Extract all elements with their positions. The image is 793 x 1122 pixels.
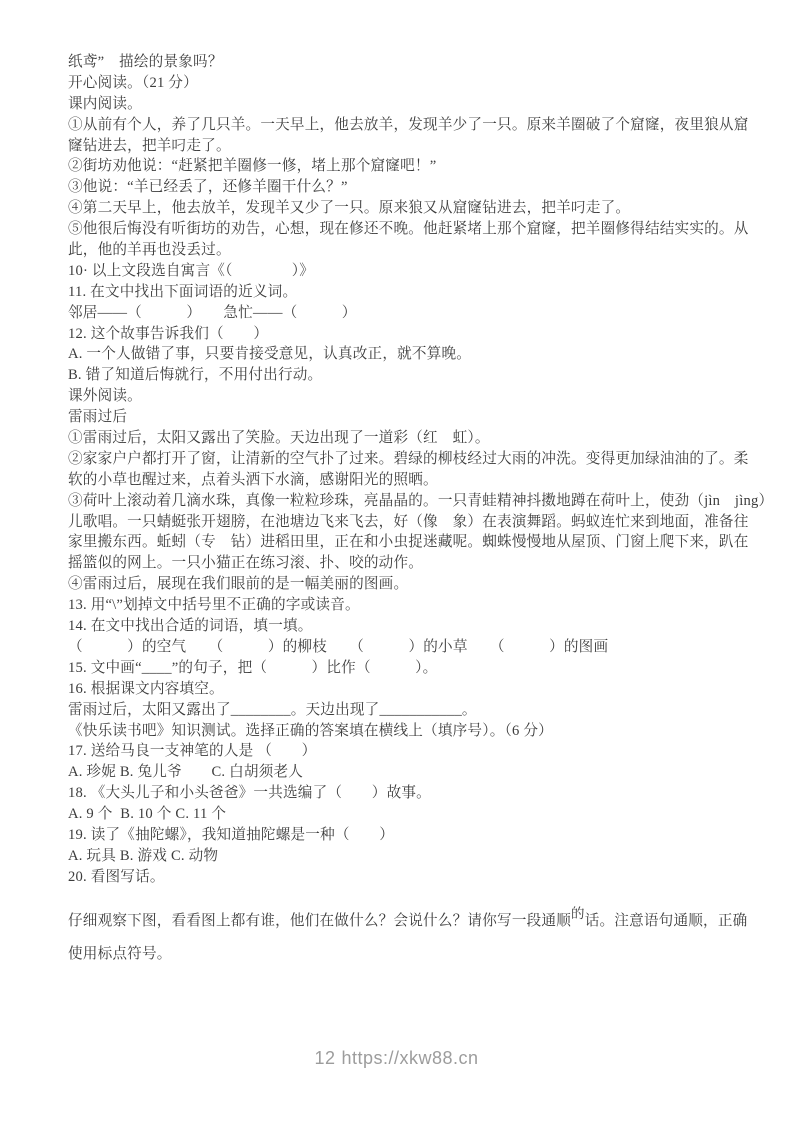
question-15: 15. 文中画“____”的句子，把（ ）比作（ ）。 [68, 658, 740, 679]
writing-prompt-raised-char: 的 [571, 906, 585, 921]
footer-url: https://xkw88.cn [341, 1048, 478, 1068]
question-14-blanks: （ ）的空气 （ ）的柳枝 （ ）的小草 （ ）的图画 [68, 637, 740, 658]
question-20: 20. 看图写话。 [68, 867, 740, 888]
passage-sheep-pen-line-4: ③他说：“羊已经丢了，还修羊圈干什么？” [68, 177, 740, 198]
passage-thunderstorm-title: 雷雨过后 [68, 407, 740, 428]
passage-thunderstorm-line-5: 儿歌唱。一只蜻蜓张开翅膀，在池塘边飞来飞去，好（像 象）在表演舞蹈。蚂蚁连忙来到… [68, 512, 740, 533]
question-16-blanks: 雷雨过后，太阳又露出了________。天边出现了___________。 [68, 700, 740, 721]
passage-thunderstorm-line-2: ②家家户户都打开了窗，让清新的空气扑了过来。碧绿的柳枝经过大雨的冲洗。变得更加绿… [68, 449, 740, 470]
writing-prompt-text-2: 话。注意语句通顺，正确 [585, 913, 748, 929]
question-19: 19. 读了《抽陀螺》，我知道抽陀螺是一种（ ） [68, 825, 740, 846]
question-18: 18. 《大头儿子和小头爸爸》一共选编了（ ）故事。 [68, 783, 740, 804]
writing-prompt: 仔细观察下图，看看图上都有谁，他们在做什么？会说什么？请你写一段通顺的话。注意语… [68, 904, 740, 971]
question-14: 14. 在文中找出合适的词语，填一填。 [68, 616, 740, 637]
question-17: 17. 送给马良一支神笔的人是 （ ） [68, 741, 740, 762]
writing-prompt-text-1: 仔细观察下图，看看图上都有谁，他们在做什么？会说什么？请你写一段通顺 [68, 913, 571, 929]
question-12: 12. 这个故事告诉我们（ ） [68, 324, 740, 345]
question-11-blanks: 邻居——（ ） 急忙——（ ） [68, 303, 740, 324]
exam-content: 纸鸢” 描绘的景象吗？ 开心阅读。（21 分） 课内阅读。 ①从前有个人，养了几… [68, 52, 740, 971]
passage-sheep-pen-line-1: ①从前有个人，养了几只羊。一天早上，他去放羊，发现羊少了一只。原来羊圈破了个窟窿… [68, 115, 740, 136]
passage-thunderstorm-line-4: ③荷叶上滚动着几滴水珠，真像一粒粒珍珠，亮晶晶的。一只青蛙精神抖擞地蹲在荷叶上，… [68, 491, 740, 512]
passage-thunderstorm-line-3: 软的小草也醒过来，点着头洒下水滴，感谢阳光的照晒。 [68, 470, 740, 491]
passage-thunderstorm-line-8: ④雷雨过后，展现在我们眼前的是一幅美丽的图画。 [68, 574, 740, 595]
writing-prompt-line-1: 仔细观察下图，看看图上都有谁，他们在做什么？会说什么？请你写一段通顺的话。注意语… [68, 904, 740, 938]
exam-paper-page: 纸鸢” 描绘的景象吗？ 开心阅读。（21 分） 课内阅读。 ①从前有个人，养了几… [0, 0, 793, 1122]
page-number: 12 [314, 1048, 335, 1068]
section-in-class-reading-header: 课内阅读。 [68, 94, 740, 115]
passage-sheep-pen-line-7: 此，他的羊再也没丢过。 [68, 240, 740, 261]
writing-prompt-line-2: 使用标点符号。 [68, 938, 740, 971]
page-footer: 12https://xkw88.cn [0, 1048, 793, 1069]
section-reading-quiz-header: 《快乐读书吧》知识测试。选择正确的答案填在横线上（填序号）。（6 分） [68, 721, 740, 742]
passage-sheep-pen-line-3: ②街坊劝他说：“赶紧把羊圈修一修，堵上那个窟窿吧！” [68, 156, 740, 177]
question-10: 10· 以上文段选自寓言《（ ）》 [68, 261, 740, 282]
question-17-options: A. 珍妮 B. 兔儿爷 C. 白胡须老人 [68, 762, 740, 783]
passage-thunderstorm-line-6: 家里搬东西。蚯蚓（专 钻）进稻田里，正在和小虫捉迷藏呢。蜘蛛慢慢地从屋顶、门窗上… [68, 532, 740, 553]
passage-thunderstorm-line-1: ①雷雨过后，太阳又露出了笑脸。天边出现了一道彩（红 虹）。 [68, 428, 740, 449]
section-extracurricular-reading-header: 课外阅读。 [68, 386, 740, 407]
passage-sheep-pen-line-5: ④第二天早上，他去放羊，发现羊又少了一只。原来狼又从窟窿钻进去，把羊叼走了。 [68, 198, 740, 219]
passage-sheep-pen-line-2: 窿钻进去，把羊叼走了。 [68, 136, 740, 157]
question-19-options: A. 玩具 B. 游戏 C. 动物 [68, 846, 740, 867]
question-13: 13. 用“\”划掉文中括号里不正确的字或读音。 [68, 595, 740, 616]
passage-thunderstorm-line-7: 摇篮似的网上。一只小猫正在练习滚、扑、咬的动作。 [68, 553, 740, 574]
question-12-option-b: B. 错了知道后悔就行，不用付出行动。 [68, 365, 740, 386]
question-16: 16. 根据课文内容填空。 [68, 679, 740, 700]
question-11: 11. 在文中找出下面词语的近义词。 [68, 282, 740, 303]
section-happy-reading-header: 开心阅读。（21 分） [68, 73, 740, 94]
incomplete-question-tail: 纸鸢” 描绘的景象吗？ [68, 52, 740, 73]
passage-sheep-pen-line-6: ⑤他很后悔没有听街坊的劝告，心想，现在修还不晚。他赶紧堵上那个窟窿，把羊圈修得结… [68, 219, 740, 240]
question-18-options: A. 9 个 B. 10 个 C. 11 个 [68, 804, 740, 825]
question-12-option-a: A. 一个人做错了事，只要肯接受意见，认真改正，就不算晚。 [68, 344, 740, 365]
